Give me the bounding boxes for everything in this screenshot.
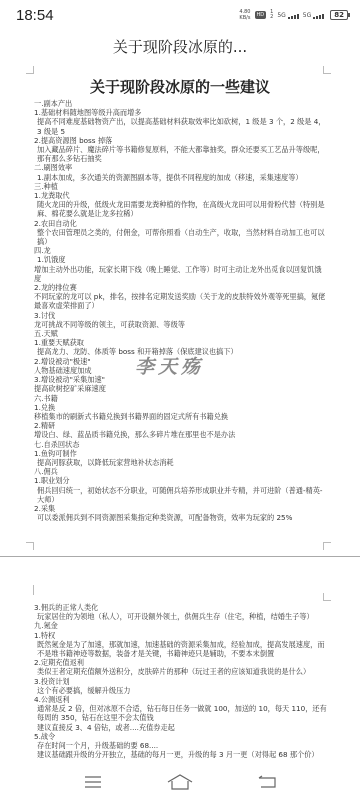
back-icon: [258, 775, 276, 789]
home-icon: [167, 774, 193, 790]
document-line: 可以委派佣兵到不同资源图采集指定种类资源，可配备物资，效率为玩家的 25%: [34, 513, 327, 522]
system-nav-bar: [0, 764, 360, 800]
document-line: 1.龙粪取代: [34, 191, 327, 200]
document-line: 通常是反 2 倍，但对冰原不合适，钻石每日任务一做就 100，加送的 10，每天…: [34, 704, 327, 722]
document-line: 3.投资计划: [34, 677, 327, 686]
status-bar: 18:54 4.80 KB/s HD 1 2 5G 5G 82: [0, 0, 360, 30]
document-line: 1.基础材料随地图等级升高而增多: [34, 108, 327, 117]
document-line: 玩家居住的为领地（私人），可开设额外领土，供佣兵生存（住宅，种植，结婚生子等）: [34, 612, 327, 621]
menu-icon: [84, 775, 102, 789]
document-line: 四.龙: [34, 246, 327, 255]
document-line: 六.书籍: [34, 394, 327, 403]
battery-icon: 82: [330, 10, 348, 20]
document-page-1[interactable]: 关于现阶段冰原的一些建议 一.副本产出1.基础材料随地图等级升高而增多 提高不同…: [0, 66, 360, 552]
document-line: 建议直接反 3、4 倍钻，或者....充值券走起: [34, 723, 327, 732]
page-corner-mark: [323, 593, 331, 601]
document-line: 提高砍树挖矿采麻速度: [34, 384, 327, 393]
document-line: 1.鱼钩可制作: [34, 449, 327, 458]
document-title: 关于现阶段冰原的一些建议: [0, 66, 360, 97]
network-speed: 4.80 KB/s: [239, 9, 250, 21]
document-body: 一.副本产出1.基础材料随地图等级升高而增多 提高不同难度基础物资产出，以提高基…: [0, 99, 360, 522]
document-body: 3.佣兵的正常人类化 玩家居住的为领地（私人），可开设额外领土，供佣兵生存（住宅…: [0, 593, 360, 759]
document-line: 九.氪金: [34, 621, 327, 630]
document-line: 提高河豚获取，以降低玩家营地补状态消耗: [34, 458, 327, 467]
document-line: 2.采集: [34, 504, 327, 513]
page-corner-mark: [26, 585, 34, 595]
document-line: 2.提高资源图 boss 掉落: [34, 136, 327, 145]
document-line: 1.饥饿度: [34, 255, 327, 264]
sim-slot-indicator: 1 2: [270, 10, 273, 20]
menu-button[interactable]: [78, 770, 108, 794]
document-line: 3.佣兵的正常人类化: [34, 603, 327, 612]
document-line: 五.天赋: [34, 329, 327, 338]
document-line: 三.种植: [34, 182, 327, 191]
signal-icon-1: 5G: [277, 12, 298, 19]
page-corner-mark: [323, 66, 331, 74]
back-button[interactable]: [252, 770, 282, 794]
document-line: 1.重要天赋获取: [34, 338, 327, 347]
status-icons: 4.80 KB/s HD 1 2 5G 5G 82: [239, 9, 348, 21]
page-corner-mark: [323, 542, 331, 550]
document-line: 建议基础跟升级的分开独立，基础的每月一更，升级的每 3 月一更（对得起 68 那…: [34, 750, 327, 759]
document-line: 增加主动外出功能，玩家长期下线（晚上睡觉、工作等）时可主动让龙外出觅食以回复饥饿…: [34, 265, 327, 283]
document-line: 类似王者定期充值额外送积分，皮肤碎片的那种（玩过王者的应该知道我说的是什么）: [34, 667, 327, 676]
document-line: 二.刷图效率: [34, 163, 327, 172]
document-line: 5.战令: [34, 732, 327, 741]
document-line: 八.佣兵: [34, 467, 327, 476]
document-line: 龙可挑战不同等级的领主，可获取资源、等级等: [34, 320, 327, 329]
document-line: 加入藏品碎片、魔法碎片等书籍修复原料，不能大都靠抽奖，群众还要买工艺品升等级呢，…: [34, 145, 327, 163]
document-line: 2.定期充值返利: [34, 658, 327, 667]
document-line: 2.精研: [34, 421, 327, 430]
page-title: 关于现阶段冰原的...: [113, 36, 247, 57]
document-line: 存在时间一个月，升级基础的要 68....: [34, 741, 327, 750]
document-line: 不同玩家的龙可以 pk，排名，按排名定期发送奖励（关于龙的皮肤特效外观等死里搞，…: [34, 292, 327, 310]
hd-voice-icon: HD: [255, 11, 267, 19]
document-line: 2.龙的排位赛: [34, 283, 327, 292]
document-line: 3.讨伐: [34, 311, 327, 320]
document-line: 1.兑换: [34, 403, 327, 412]
document-line: 佣兵回归统一，初始状态不分职业，可随佣兵培养形成职业并专精，并可进阶（普通-精英…: [34, 486, 327, 504]
signal-icon-2: 5G: [303, 12, 324, 19]
document-line: 2.农田自动化: [34, 219, 327, 228]
document-line: 增设白、绿、蓝品质书籍兑换，那么多碎片堆在那里也不是办法: [34, 430, 327, 439]
document-line: 移植集市的刷新式书籍兑换到书籍界面的固定式所有书籍兑换: [34, 412, 327, 421]
document-line: 随火龙田的升级，低级火龙田需要龙粪种植的作物，在高级火龙田可以用骨粉代替（特别是…: [34, 200, 327, 218]
document-line: 提高不同难度基础物资产出，以提高基础材料获取效率比如砍树，1 级是 3 个，2 …: [34, 117, 327, 135]
document-line: 这个有必要搞，缓解升级压力: [34, 686, 327, 695]
home-button[interactable]: [165, 770, 195, 794]
page-corner-mark: [26, 542, 34, 550]
document-line: 一.副本产出: [34, 99, 327, 108]
document-line: 1.副本加成，多次通关的资源图副本等，提供不同程度的加成（移速，采集速度等）: [34, 173, 327, 182]
watermark: 李天殇: [135, 352, 204, 379]
document-page-2[interactable]: 3.佣兵的正常人类化 玩家居住的为领地（私人），可开设额外领土，供佣兵生存（住宅…: [0, 593, 360, 763]
document-line: 4.公测返利: [34, 695, 327, 704]
status-time: 18:54: [16, 7, 54, 24]
page-corner-mark: [26, 66, 34, 74]
document-line: 整个农田管理员之类的，付佣金，可帮你照看（自动生产，收取，当然材料自动加工也可以…: [34, 228, 327, 246]
document-line: 1.特权: [34, 631, 327, 640]
document-line: 1.职业划分: [34, 476, 327, 485]
document-line: 七.自杀回状态: [34, 440, 327, 449]
app-header: 关于现阶段冰原的...: [0, 30, 360, 62]
document-line: 既然氪金是为了加速，那就加速，加速基础的资源采集加成，经验加成，提高发展速度，而…: [34, 640, 327, 658]
page-divider: [0, 556, 360, 557]
